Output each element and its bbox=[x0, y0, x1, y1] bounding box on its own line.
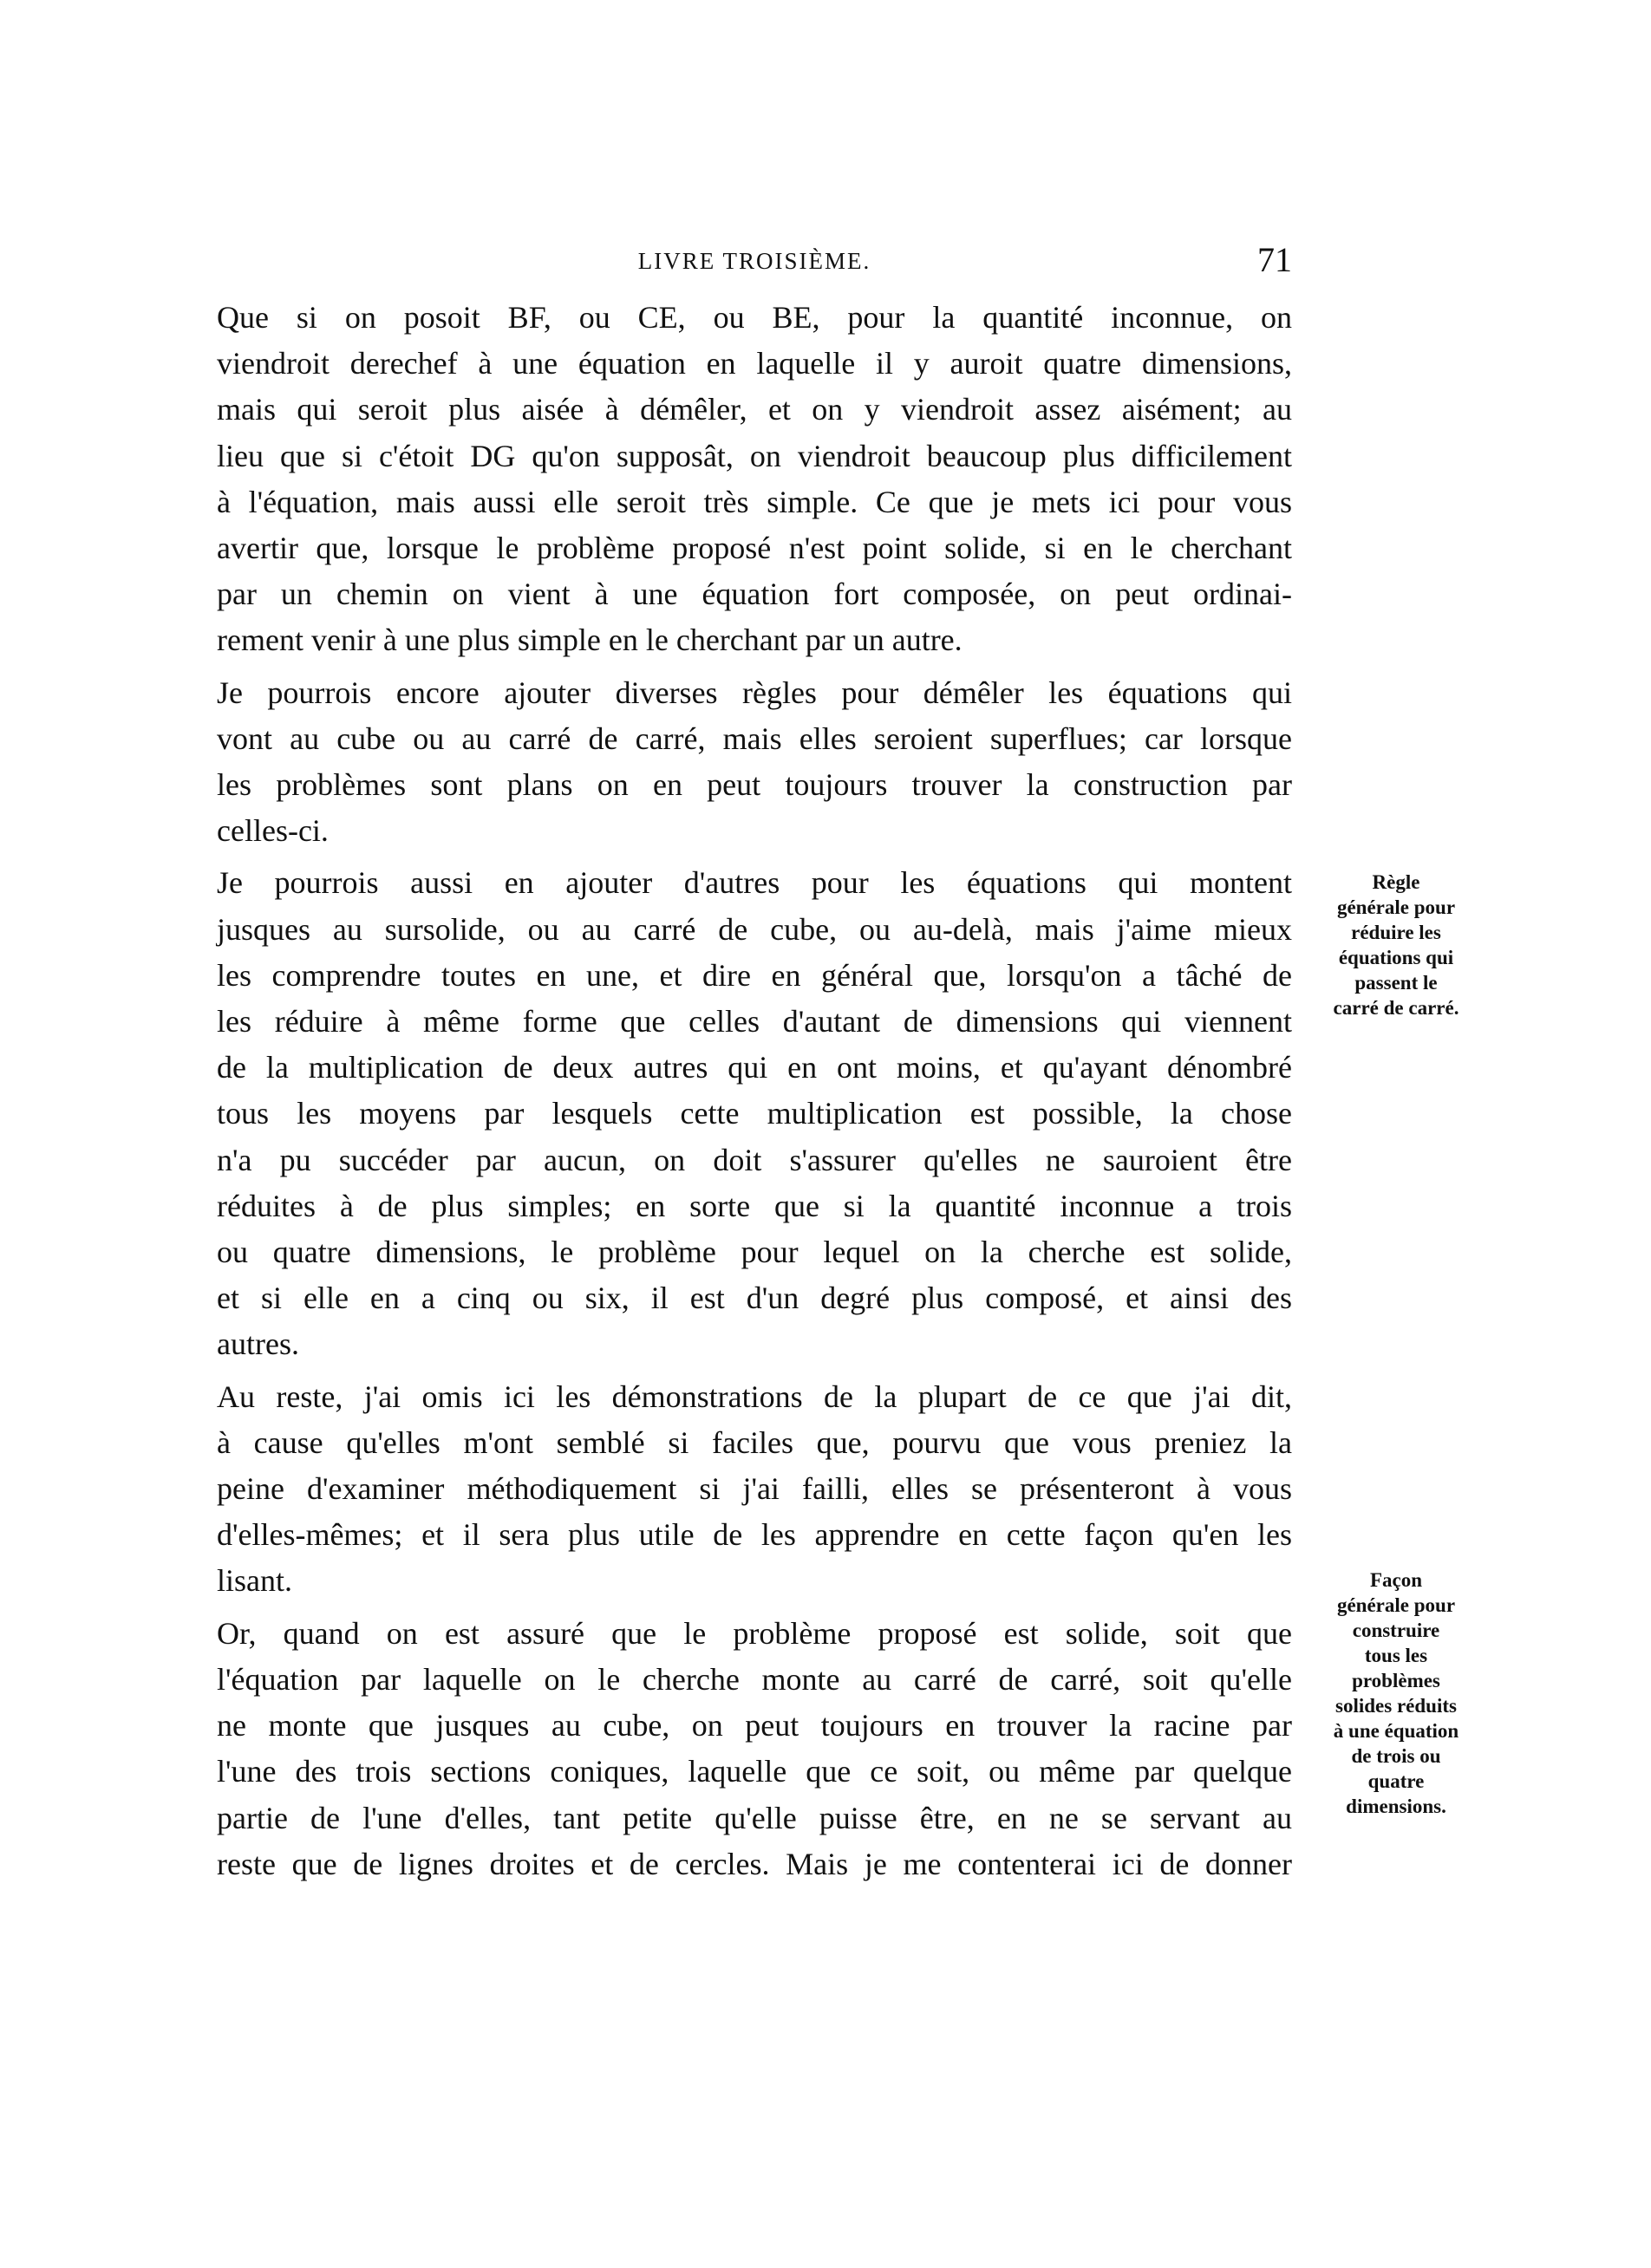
note-line: construire bbox=[1301, 1618, 1491, 1643]
text-line: partie de l'une d'elles, tant petite qu'… bbox=[217, 1795, 1292, 1841]
note-line: solides réduits bbox=[1301, 1693, 1491, 1718]
running-title: LIVRE TROISIÈME. bbox=[217, 248, 1292, 275]
text-line: vont au cube ou au carré de carré, mais … bbox=[217, 716, 1292, 762]
text-line: les problèmes sont plans on en peut touj… bbox=[217, 762, 1292, 808]
paragraph-3: Je pourrois aussi en ajouter d'autres po… bbox=[217, 860, 1292, 1367]
note-line: Règle bbox=[1301, 870, 1491, 895]
text-line: d'elles-mêmes; et il sera plus utile de … bbox=[217, 1512, 1292, 1558]
text-line: Je pourrois aussi en ajouter d'autres po… bbox=[217, 860, 1292, 906]
note-line: réduire les bbox=[1301, 920, 1491, 945]
text-line: par un chemin on vient à une équation fo… bbox=[217, 571, 1292, 617]
note-line: passent le bbox=[1301, 970, 1491, 995]
text-line: Que si on posoit BF, ou CE, ou BE, pour … bbox=[217, 295, 1292, 341]
body-text: Que si on posoit BF, ou CE, ou BE, pour … bbox=[217, 295, 1292, 1893]
text-line: réduites à de plus simples; en sorte que… bbox=[217, 1183, 1292, 1229]
text-line: mais qui seroit plus aisée à démêler, et… bbox=[217, 387, 1292, 433]
note-line: dimensions. bbox=[1301, 1794, 1491, 1819]
text-line: à cause qu'elles m'ont semblé si faciles… bbox=[217, 1420, 1292, 1466]
text-line: jusques au sursolide, ou au carré de cub… bbox=[217, 907, 1292, 953]
text-line: autres. bbox=[217, 1321, 1292, 1367]
paragraph-1: Que si on posoit BF, ou CE, ou BE, pour … bbox=[217, 295, 1292, 664]
paragraph-5: Or, quand on est assuré que le problème … bbox=[217, 1611, 1292, 1887]
page-header: LIVRE TROISIÈME. 71 bbox=[217, 244, 1292, 279]
note-line: problèmes bbox=[1301, 1668, 1491, 1693]
paragraph-4: Au reste, j'ai omis ici les démonstratio… bbox=[217, 1374, 1292, 1605]
text-line: Au reste, j'ai omis ici les démonstratio… bbox=[217, 1374, 1292, 1420]
text-line: de la multiplication de deux autres qui … bbox=[217, 1045, 1292, 1091]
text-line: à l'équation, mais aussi elle seroit trè… bbox=[217, 479, 1292, 525]
text-line: celles-ci. bbox=[217, 808, 1292, 854]
text-line: viendroit derechef à une équation en laq… bbox=[217, 341, 1292, 387]
text-line: rement venir à une plus simple en le che… bbox=[217, 617, 1292, 663]
margin-note-2: Façon générale pour construire tous les … bbox=[1301, 1567, 1491, 1819]
text-line: et si elle en a cinq ou six, il est d'un… bbox=[217, 1275, 1292, 1321]
note-line: quatre bbox=[1301, 1769, 1491, 1794]
text-line: peine d'examiner méthodiquement si j'ai … bbox=[217, 1466, 1292, 1512]
note-line: générale pour bbox=[1301, 1593, 1491, 1618]
text-line: l'une des trois sections coniques, laque… bbox=[217, 1749, 1292, 1795]
note-line: Façon bbox=[1301, 1567, 1491, 1593]
text-line: lisant. bbox=[217, 1558, 1292, 1604]
text-line: reste que de lignes droites et de cercle… bbox=[217, 1841, 1292, 1887]
text-line: Or, quand on est assuré que le problème … bbox=[217, 1611, 1292, 1657]
note-line: tous les bbox=[1301, 1643, 1491, 1668]
text-line: lieu que si c'étoit DG qu'on supposât, o… bbox=[217, 433, 1292, 479]
text-line: les comprendre toutes en une, et dire en… bbox=[217, 953, 1292, 999]
text-line: l'équation par laquelle on le cherche mo… bbox=[217, 1657, 1292, 1703]
note-line: carré de carré. bbox=[1301, 995, 1491, 1020]
text-line: Je pourrois encore ajouter diverses règl… bbox=[217, 670, 1292, 716]
note-line: à une équation bbox=[1301, 1718, 1491, 1743]
note-line: équations qui bbox=[1301, 945, 1491, 970]
note-line: générale pour bbox=[1301, 895, 1491, 920]
margin-note-1: Règle générale pour réduire les équation… bbox=[1301, 870, 1491, 1020]
text-line: ou quatre dimensions, le problème pour l… bbox=[217, 1229, 1292, 1275]
text-line: n'a pu succéder par aucun, on doit s'ass… bbox=[217, 1137, 1292, 1183]
text-line: tous les moyens par lesquels cette multi… bbox=[217, 1091, 1292, 1137]
text-line: ne monte que jusques au cube, on peut to… bbox=[217, 1703, 1292, 1749]
paragraph-2: Je pourrois encore ajouter diverses règl… bbox=[217, 670, 1292, 855]
text-line: avertir que, lorsque le problème proposé… bbox=[217, 525, 1292, 571]
note-line: de trois ou bbox=[1301, 1743, 1491, 1769]
text-line: les réduire à même forme que celles d'au… bbox=[217, 999, 1292, 1045]
page-number: 71 bbox=[1257, 239, 1292, 280]
